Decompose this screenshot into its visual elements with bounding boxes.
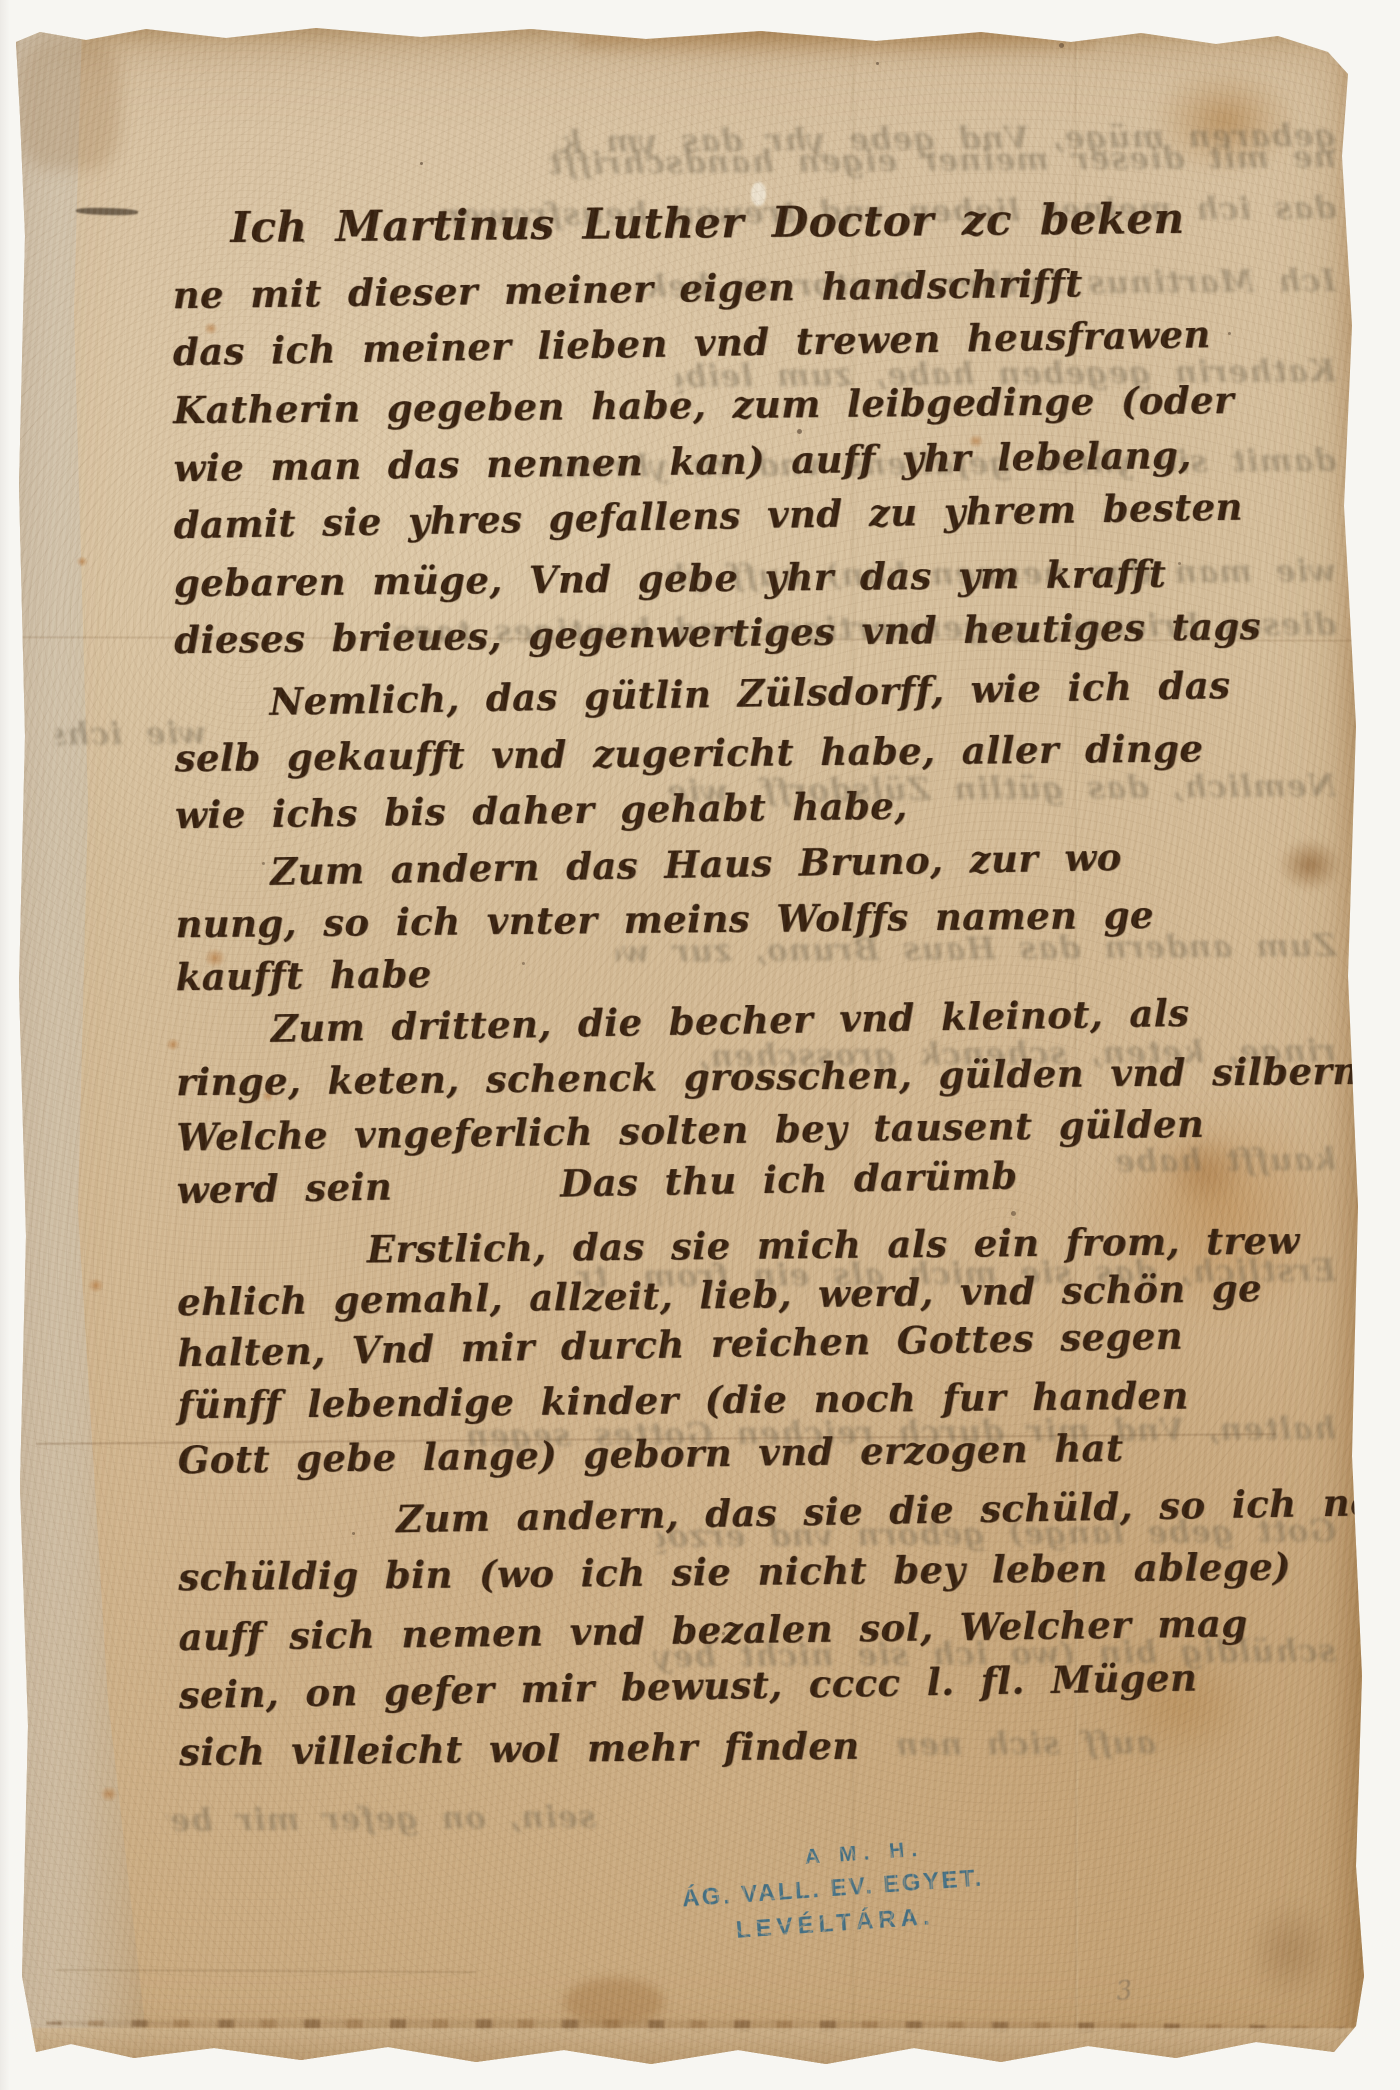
manuscript-line: halten, Vnd mir durch reichen Gottes seg… — [177, 1314, 1183, 1376]
manuscript-line: auff sich nemen vnd bezalen sol, Welcher… — [178, 1601, 1248, 1659]
manuscript-line: wie man das nennen kan) auff yhr lebelan… — [173, 433, 1192, 490]
manuscript-line: wie ichs bis daher gehabt habe, — [175, 784, 908, 838]
manuscript-line: ringe, keten, schenck grosschen, gülden … — [176, 1049, 1360, 1104]
manuscript-page: gebaren müge, Vnd gebe yhr das ym krafft… — [16, 26, 1368, 2068]
manuscript-line: Nemlich, das gütlin Zülsdorff, wie ich d… — [269, 663, 1231, 724]
scan-background: gebaren müge, Vnd gebe yhr das ym krafft… — [0, 0, 1400, 2090]
manuscript-line: Gott gebe lange) geborn vnd erzogen hat — [178, 1426, 1124, 1482]
manuscript-line: Zum andern das Haus Bruno, zur wo — [270, 835, 1122, 894]
manuscript-line: fünff lebendige kinder (die noch fur han… — [177, 1374, 1189, 1428]
ink-specks — [16, 26, 19, 29]
manuscript-line: Zum dritten, die becher vnd kleinot, als — [271, 991, 1190, 1051]
pencil-mark: 3 — [1114, 1975, 1134, 2007]
manuscript-line: sein, on gefer mir bewust, cccc l. fl. M… — [178, 1655, 1197, 1717]
manuscript-line: gebaren müge, Vnd gebe yhr das ym krafft — [174, 552, 1167, 606]
manuscript-line: Katherin gegeben habe, zum leibgedinge (… — [173, 378, 1234, 432]
manuscript-line: Ich Martinus Luther Doctor zc beken — [230, 194, 1184, 252]
manuscript-line: kaufft habe — [175, 952, 432, 999]
manuscript-line-right: Das thu ich darümb — [560, 1154, 1018, 1206]
manuscript-line-left: werd sein — [176, 1164, 392, 1212]
manuscript-line: sich villeicht wol mehr finden — [179, 1724, 860, 1775]
manuscript-line: ne mit dieser meiner eigen handschrifft — [172, 261, 1083, 317]
manuscript-line: das ich meiner lieben vnd trewen heusfra… — [173, 312, 1211, 374]
bottom-edge-band — [16, 2028, 1368, 2068]
manuscript-line: Erstlich, das sie mich als ein from, tre… — [367, 1218, 1300, 1271]
manuscript-line: nung, so ich vnter meins Wolffs namen ge — [175, 893, 1154, 946]
manuscript-line: selb gekaufft vnd zugericht habe, aller … — [175, 726, 1204, 780]
manuscript-line: werd seinDas thu ich darümb — [176, 1154, 1018, 1213]
manuscript-line: damit sie yhres gefallens vnd zu yhrem b… — [173, 485, 1243, 548]
manuscript-line: schüldig bin (wo ich sie nicht bey leben… — [178, 1545, 1291, 1600]
manuscript-line: Zum andern, das sie die schüld, so ich n… — [396, 1479, 1368, 1541]
handwritten-text: Ich Martinus Luther Doctor zc bekenne mi… — [16, 26, 1368, 2068]
manuscript-line: dieses brieues, gegenwertiges vnd heutig… — [174, 604, 1261, 662]
manuscript-line: Welche vngeferlich solten bey tausent gü… — [176, 1102, 1204, 1159]
